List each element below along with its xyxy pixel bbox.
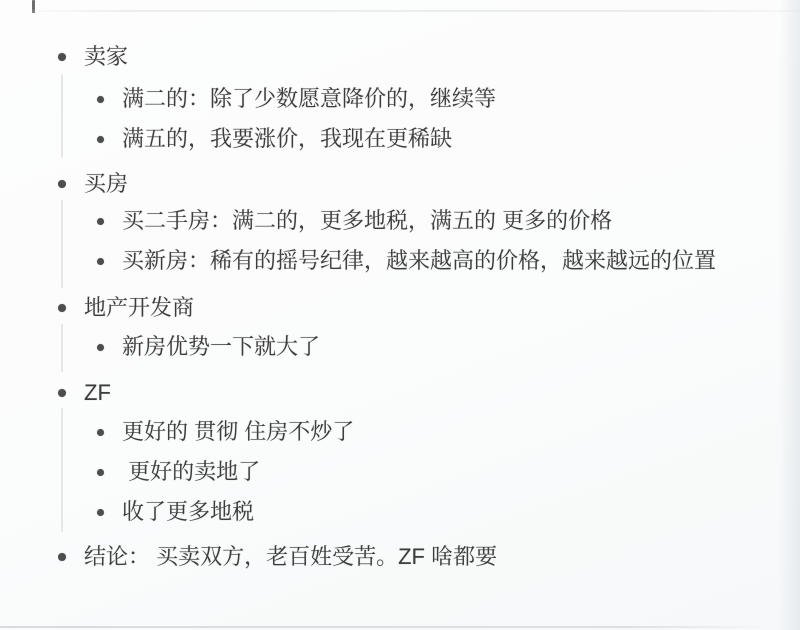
outline-item-text: 结论： 买卖双方，老百姓受苦。ZF 啥都要 [84,543,497,571]
photo-top-streak [30,10,800,12]
outline-item-text: 买二手房：满二的，更多地税，满五的 更多的价格 [122,207,612,235]
outline-item-text: 地产开发商 [84,294,194,322]
outline-item-zf-land-tax[interactable]: 收了更多地税 [97,498,254,526]
outline-item-developers[interactable]: 地产开发商 [58,294,194,322]
bullet-icon [58,389,66,397]
bullet-icon [58,53,66,61]
indent-guide-line [61,74,63,158]
bullet-icon [97,258,104,265]
outline-item-buy-new-home[interactable]: 买新房：稀有的摇号纪律，越来越高的价格，越来越远的位置 [97,247,716,275]
outline-item-buy-secondhand[interactable]: 买二手房：满二的，更多地税，满五的 更多的价格 [97,207,612,235]
outline-item-text: 买新房：稀有的摇号纪律，越来越高的价格，越来越远的位置 [122,247,716,275]
outline-item-text: 满二的：除了少数愿意降价的，继续等 [122,85,496,113]
bullet-icon [58,304,66,312]
outline-item-zf-sell-land[interactable]: 更好的卖地了 [97,458,260,486]
outline-item-text: 更好的 贯彻 住房不炒了 [122,418,354,446]
bullet-icon [97,429,104,436]
bullet-icon [58,180,66,188]
outline-item-text: 收了更多地税 [122,498,254,526]
bullet-icon [97,469,104,476]
bullet-icon [97,136,104,143]
bullet-icon [97,218,104,225]
outline-item-text: ZF [84,379,111,407]
outline-item-text: 买房 [84,170,128,198]
outline-item-buy-house[interactable]: 买房 [58,170,128,198]
outline-item-text: 满五的，我要涨价，我现在更稀缺 [122,125,452,153]
bullet-icon [58,553,66,561]
indent-guide-line [61,200,63,288]
outline-item-conclusion[interactable]: 结论： 买卖双方，老百姓受苦。ZF 啥都要 [58,543,497,571]
outline-item-man2-keep-waiting[interactable]: 满二的：除了少数愿意降价的，继续等 [97,85,496,113]
outline-item-text: 更好的卖地了 [122,458,260,486]
photo-right-edge-shade [778,0,800,630]
outline-item-new-home-advantage[interactable]: 新房优势一下就大了 [97,333,320,361]
outline-item-sellers[interactable]: 卖家 [58,43,128,71]
outline-item-man5-raise-price[interactable]: 满五的，我要涨价，我现在更稀缺 [97,125,452,153]
photo-bottom-edge-shade [0,626,768,628]
outline-item-text: 卖家 [84,43,128,71]
outline-item-text: 新房优势一下就大了 [122,333,320,361]
outline-item-zf-housing-policy[interactable]: 更好的 贯彻 住房不炒了 [97,418,354,446]
bullet-icon [97,96,104,103]
bullet-icon [97,344,104,351]
indent-guide-line [61,408,63,532]
notes-page: 卖家 满二的：除了少数愿意降价的，继续等 满五的，我要涨价，我现在更稀缺 买房 … [0,0,800,630]
indent-guide-line [61,324,63,372]
bullet-icon [97,509,104,516]
outline-item-zf[interactable]: ZF [58,379,111,407]
